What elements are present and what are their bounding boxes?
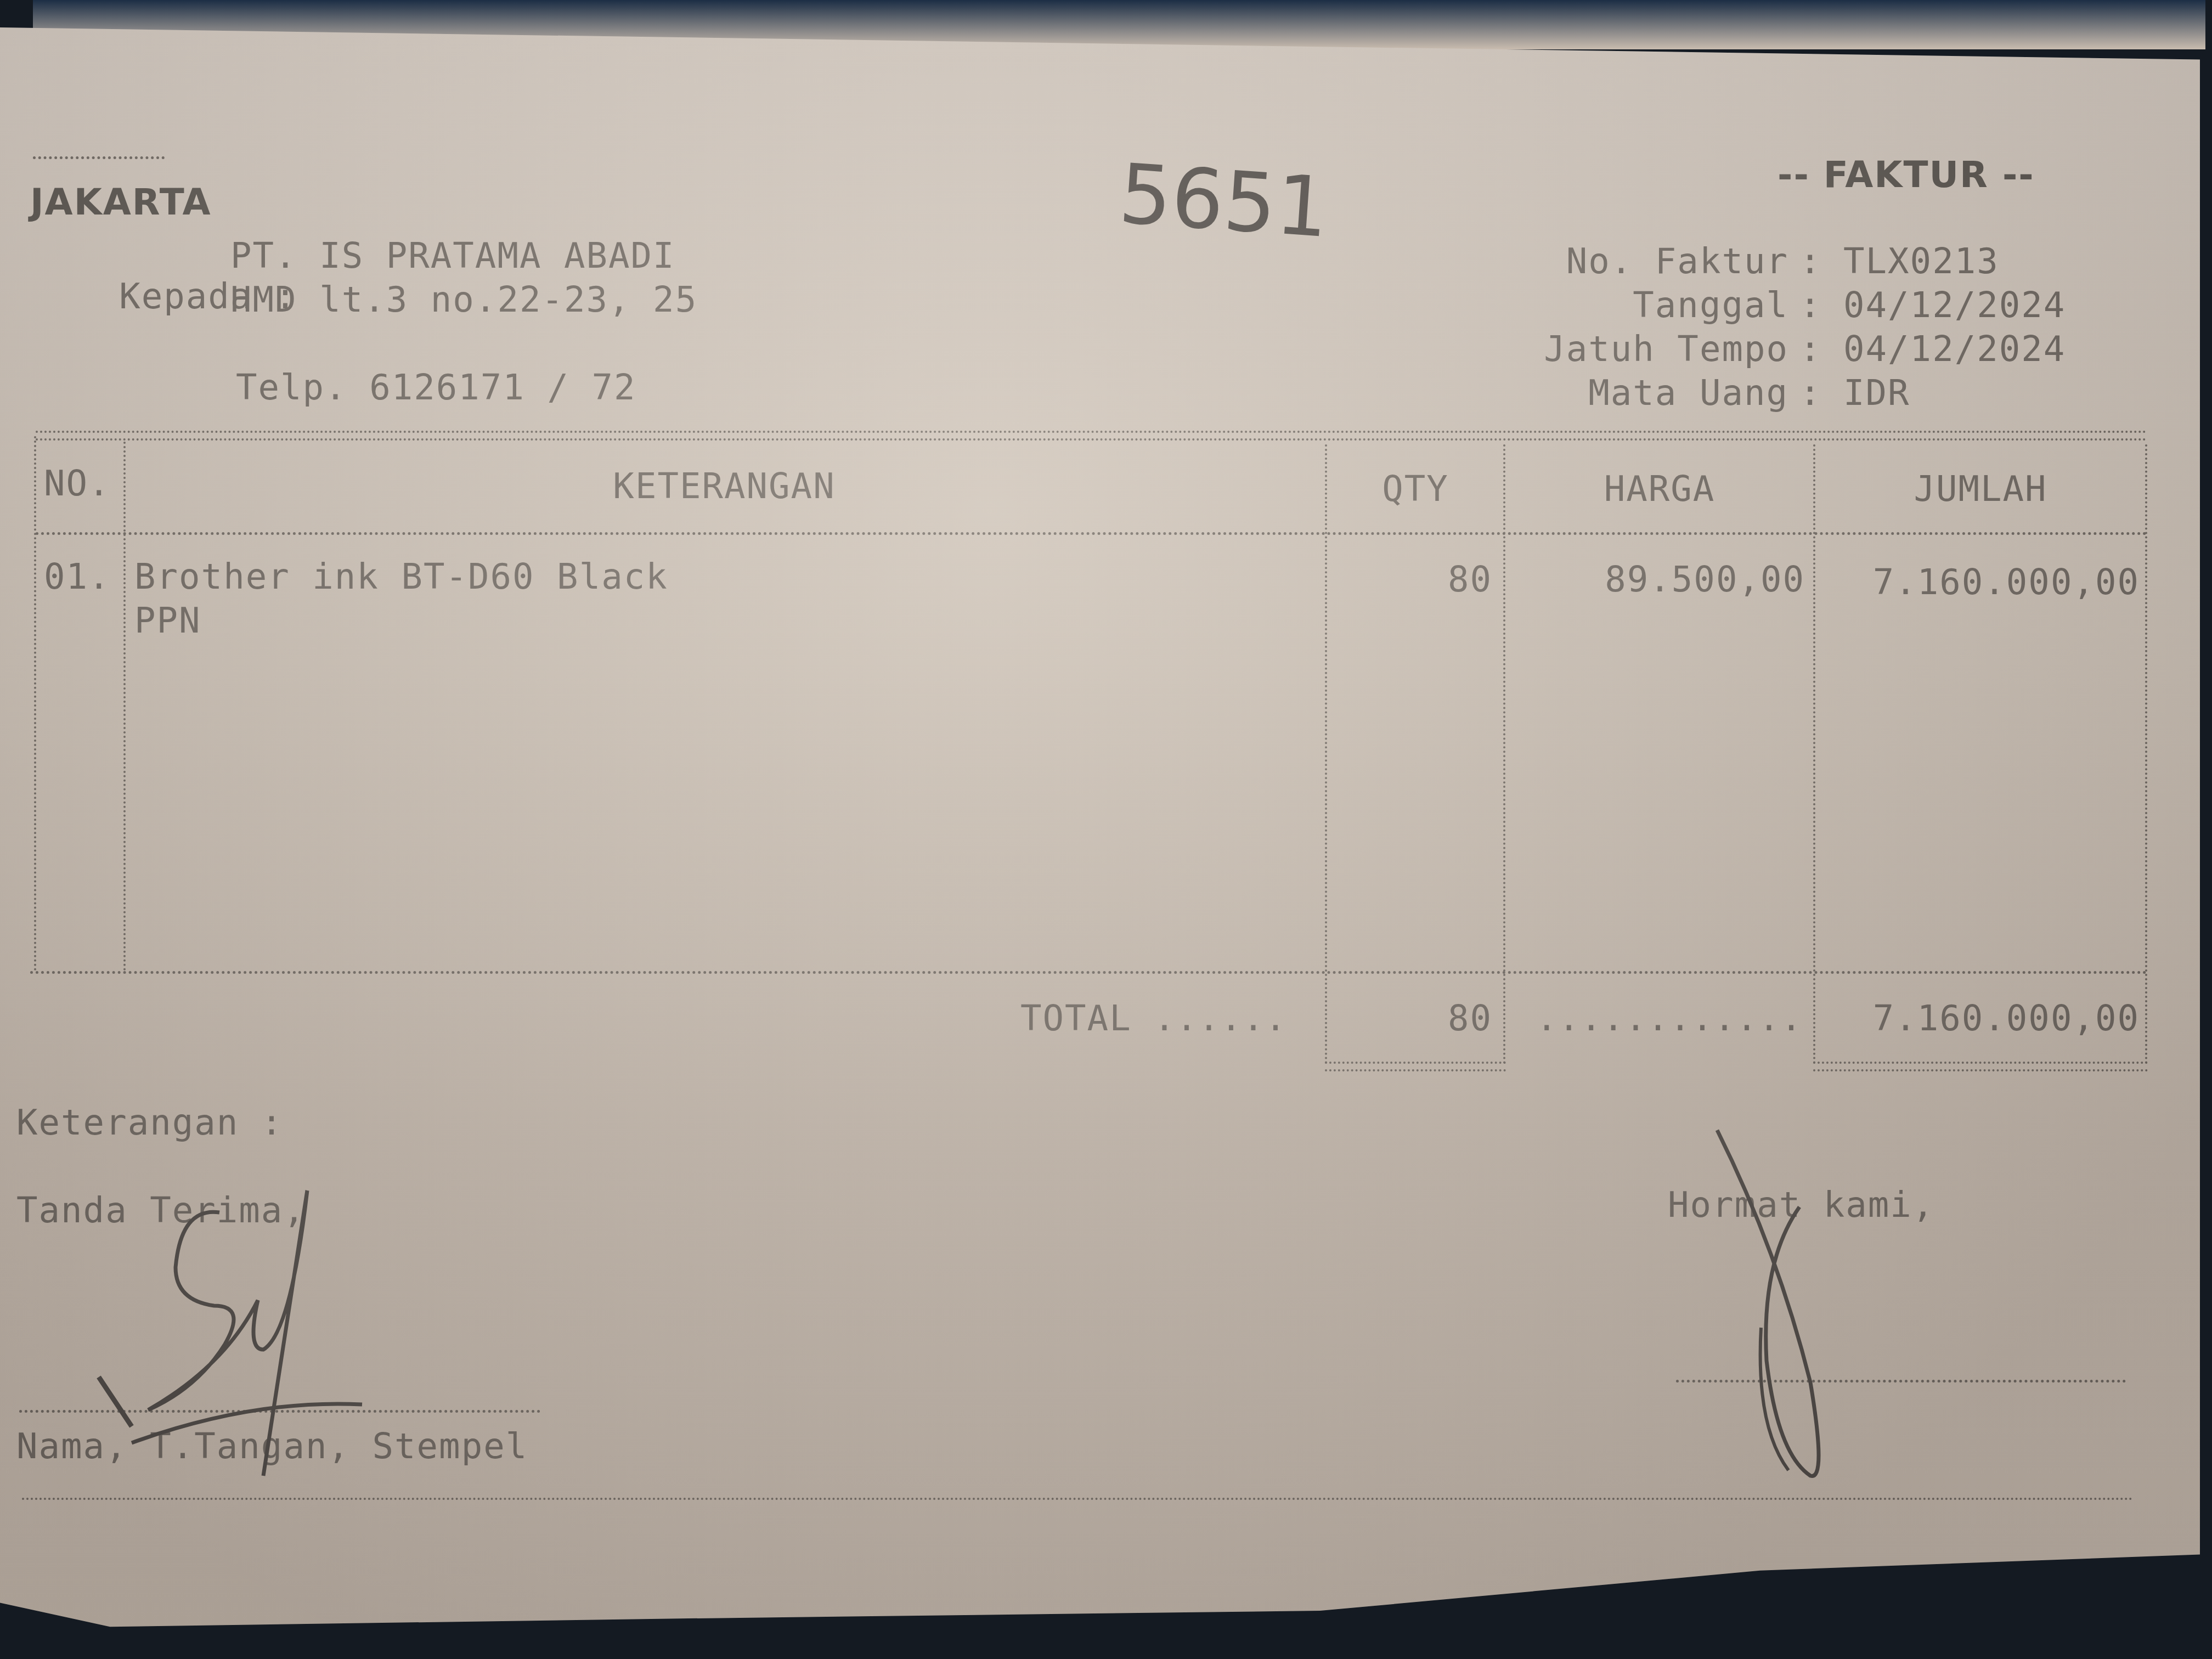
meta-label-invoice-no: No. Faktur (1448, 241, 1788, 282)
recipient-company: PT. IS PRATAMA ABADI (230, 236, 675, 276)
total-price-filler: ............ (1536, 998, 1803, 1039)
col-header-amount: JUMLAH (1816, 469, 2145, 510)
meta-value-date: 04/12/2024 (1843, 285, 2066, 326)
row-no: 01. (44, 557, 111, 597)
meta-sep: : (1799, 329, 1822, 370)
total-qty: 80 (1328, 998, 1492, 1039)
meta-label-currency: Mata Uang (1448, 373, 1788, 414)
col-header-description: KETERANGAN (126, 466, 1322, 507)
total-amount-underline (1813, 1062, 2148, 1071)
total-amount: 7.160.000,00 (1816, 998, 2140, 1039)
meta-sep: : (1799, 241, 1822, 282)
row-price: 89.500,00 (1506, 560, 1805, 600)
recipient-phone: Telp. 6126171 / 72 (236, 368, 636, 408)
table-header-divider (36, 532, 2148, 535)
meta-label-date: Tanggal (1448, 285, 1788, 326)
document-title: -- FAKTUR -- (1778, 154, 2035, 196)
col-border-qty (1503, 444, 1505, 1064)
notes-label: Keterangan : (16, 1103, 283, 1143)
col-border-right (2145, 444, 2147, 1064)
row-description-line2: PPN (134, 601, 201, 641)
meta-value-currency: IDR (1843, 373, 1910, 414)
row-qty: 80 (1328, 560, 1492, 600)
col-header-price: HARGA (1506, 469, 1813, 510)
row-amount: 7.160.000,00 (1816, 562, 2140, 603)
recipient-address: HMD lt.3 no.22-23, 25 (230, 280, 697, 320)
col-header-no: NO. (44, 464, 111, 504)
meta-sep: : (1799, 285, 1822, 326)
row-description: Brother ink BT-D60 Black (134, 557, 668, 597)
table-top-border (36, 431, 2148, 441)
col-border-desc (1325, 444, 1327, 1064)
meta-value-invoice-no: TLX0213 (1843, 241, 1999, 282)
sender-signature-icon (1701, 1097, 1865, 1492)
col-header-qty: QTY (1328, 469, 1503, 510)
col-border-left (34, 436, 36, 971)
receiver-signature-icon (88, 1169, 417, 1476)
col-border-no (123, 442, 126, 971)
bottom-perforation-line (22, 1498, 2134, 1500)
meta-value-due-date: 04/12/2024 (1843, 329, 2066, 370)
total-qty-underline (1325, 1062, 1506, 1071)
total-label: TOTAL ...... (1020, 998, 1287, 1039)
meta-label-due-date: Jatuh Tempo (1448, 329, 1788, 370)
city-label: JAKARTA (30, 181, 212, 223)
meta-sep: : (1799, 373, 1822, 414)
handwritten-number: 5651 (1116, 146, 1331, 256)
col-border-price (1813, 444, 1815, 1064)
header-dash (33, 156, 165, 159)
invoice-paper: JAKARTA Kepada : PT. IS PRATAMA ABADI HM… (0, 27, 2200, 1635)
table-body-bottom (30, 971, 2148, 974)
